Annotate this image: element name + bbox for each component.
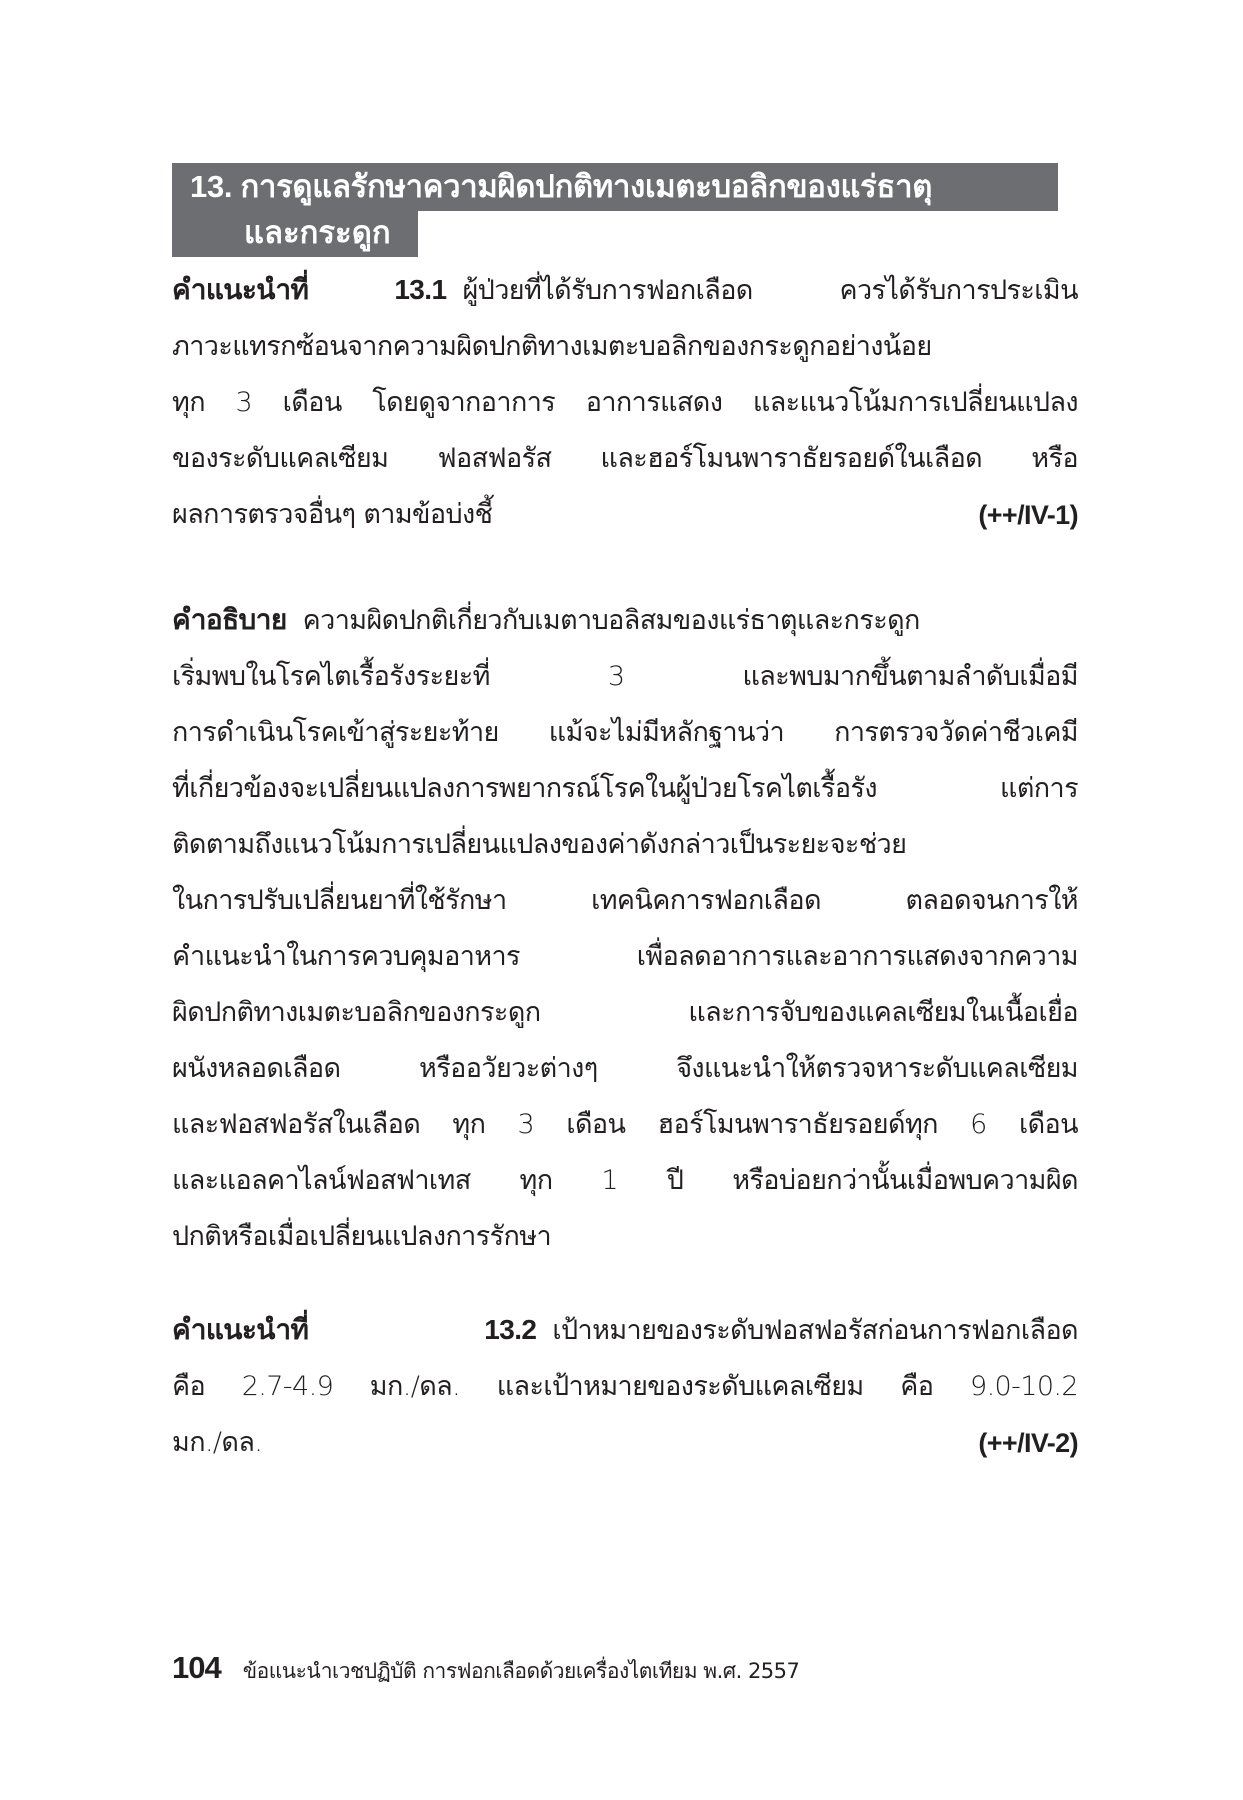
text-line: เริ่มพบในโรคไตเรื้อรังระยะที่ 3 และพบมาก… xyxy=(172,649,1078,705)
text-line: ในการปรับเปลี่ยนยาที่ใช้รักษา เทคนิคการฟ… xyxy=(172,873,1078,929)
text-line-content: ผลการตรวจอื่นๆ ตามข้อบ่งชี้ xyxy=(172,487,492,543)
text-line-content: เป้าหมายของระดับฟอสฟอรัสก่อนการฟอกเลือด xyxy=(552,1315,1078,1346)
page-footer: 104 ข้อแนะนำเวชปฏิบัติ การฟอกเลือดด้วยเค… xyxy=(172,1650,799,1700)
section-heading: 13. การดูแลรักษาความผิดปกติทางเมตะบอลิกข… xyxy=(172,163,1058,257)
recommendation-13-2: คำแนะนำที่ 13.2เป้าหมายของระดับฟอสฟอรัสก… xyxy=(172,1302,1078,1471)
text-line: ภาวะแทรกซ้อนจากความผิดปกติทางเมตะบอลิกขอ… xyxy=(172,319,1078,375)
running-footer-title: ข้อแนะนำเวชปฏิบัติ การฟอกเลือดด้วยเครื่อ… xyxy=(243,1655,800,1688)
page-number: 104 xyxy=(172,1650,221,1686)
text-line: คำแนะนำในการควบคุมอาหาร เพื่อลดอาการและอ… xyxy=(172,929,1078,985)
text-line: คำแนะนำที่ 13.2เป้าหมายของระดับฟอสฟอรัสก… xyxy=(172,1302,1078,1359)
section-heading-line-1: 13. การดูแลรักษาความผิดปกติทางเมตะบอลิกข… xyxy=(172,163,1058,211)
recommendation-label: คำแนะนำที่ 13.2 xyxy=(172,1314,536,1345)
text-line: ที่เกี่ยวข้องจะเปลี่ยนแปลงการพยากรณ์โรคใ… xyxy=(172,761,1078,817)
text-line: และฟอสฟอรัสในเลือด ทุก 3 เดือน ฮอร์โมนพา… xyxy=(172,1097,1078,1153)
text-line: มก./ดล. (++/IV-2) xyxy=(172,1415,1078,1471)
text-line: ทุก 3 เดือน โดยดูจากอาการ อาการแสดง และแ… xyxy=(172,375,1078,431)
recommendation-label: คำแนะนำที่ 13.1 xyxy=(172,274,446,305)
text-line: และแอลคาไลน์ฟอสฟาเทส ทุก 1 ปี หรือบ่อยกว… xyxy=(172,1153,1078,1209)
explanation: คำอธิบายความผิดปกติเกี่ยวกับเมตาบอลิสมขอ… xyxy=(172,592,1078,1265)
explanation-paragraph: คำอธิบายความผิดปกติเกี่ยวกับเมตาบอลิสมขอ… xyxy=(172,592,1078,1265)
document-page: 13. การดูแลรักษาความผิดปกติทางเมตะบอลิกข… xyxy=(0,0,1243,1800)
text-line: คำแนะนำที่ 13.1ผู้ป่วยที่ได้รับการฟอกเลื… xyxy=(172,262,1078,319)
text-line: คือ 2.7-4.9 มก./ดล. และเป้าหมายของระดับแ… xyxy=(172,1359,1078,1415)
text-line: คำอธิบายความผิดปกติเกี่ยวกับเมตาบอลิสมขอ… xyxy=(172,592,1078,649)
section-heading-line-2: และกระดูก xyxy=(172,211,418,257)
text-line: ผนังหลอดเลือด หรืออวัยวะต่างๆ จึงแนะนำให… xyxy=(172,1041,1078,1097)
text-line: การดำเนินโรคเข้าสู่ระยะท้าย แม้จะไม่มีหล… xyxy=(172,705,1078,761)
recommendation-13-2-paragraph: คำแนะนำที่ 13.2เป้าหมายของระดับฟอสฟอรัสก… xyxy=(172,1302,1078,1471)
text-line: ติดตามถึงแนวโน้มการเปลี่ยนแปลงของค่าดังก… xyxy=(172,817,1078,873)
text-line: ผลการตรวจอื่นๆ ตามข้อบ่งชี้ (++/IV-1) xyxy=(172,487,1078,543)
recommendation-13-1: คำแนะนำที่ 13.1ผู้ป่วยที่ได้รับการฟอกเลื… xyxy=(172,262,1078,543)
text-line: ผิดปกติทางเมตะบอลิกของกระดูก และการจับขอ… xyxy=(172,985,1078,1041)
text-line-content: ความผิดปกติเกี่ยวกับเมตาบอลิสมของแร่ธาตุ… xyxy=(303,605,920,636)
text-line: ปกติหรือเมื่อเปลี่ยนแปลงการรักษา xyxy=(172,1209,1078,1265)
evidence-grade: (++/IV-1) xyxy=(978,487,1078,543)
text-line-content: ผู้ป่วยที่ได้รับการฟอกเลือด ควรได้รับการ… xyxy=(462,275,1078,306)
recommendation-13-1-paragraph: คำแนะนำที่ 13.1ผู้ป่วยที่ได้รับการฟอกเลื… xyxy=(172,262,1078,543)
text-line: ของระดับแคลเซียม ฟอสฟอรัส และฮอร์โมนพารา… xyxy=(172,431,1078,487)
explanation-label: คำอธิบาย xyxy=(172,604,287,635)
text-line-content: มก./ดล. xyxy=(172,1415,262,1471)
evidence-grade: (++/IV-2) xyxy=(978,1415,1078,1471)
